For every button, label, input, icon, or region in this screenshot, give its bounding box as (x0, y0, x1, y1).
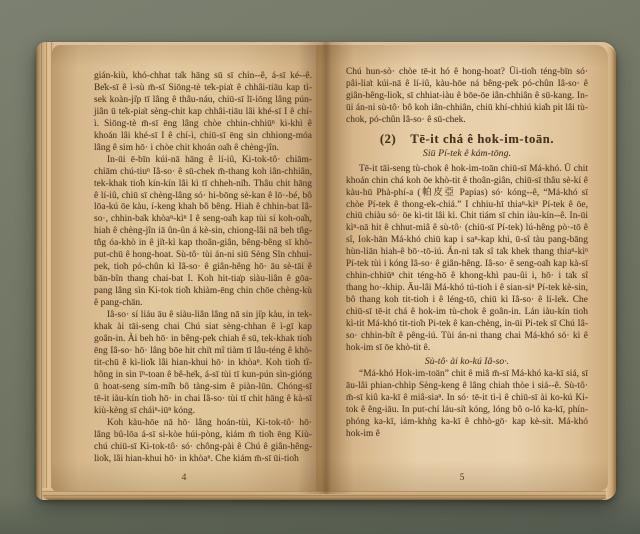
section-number: (2) (380, 132, 397, 146)
right-page-text-column: Chú hun-sò· chòe tē-it hó ê hong-hoat? Ū… (346, 67, 588, 441)
table-surface-shadow (0, 494, 640, 534)
section-heading: (2)Tē-it chá ê hok-im-toān. (346, 134, 588, 146)
paragraph: Koh kàu-hōe nā hō· lâng hoán-tùi, Ki-tok… (94, 418, 312, 466)
section-subheading: Siū Pí-tek ê kám-tōng. (346, 148, 588, 160)
run-in-heading: Sù-tô· ài ko-kú Iâ-so·. (346, 356, 588, 368)
open-book: gián-kiù, khó-chhat ta̍k hāng sū sī chin… (36, 42, 616, 500)
paragraph: Chú hun-sò· chòe tē-it hó ê hong-hoat? Ū… (346, 67, 588, 127)
left-page-text-column: gián-kiù, khó-chhat ta̍k hāng sū sī chin… (94, 71, 312, 465)
right-page-number: 5 (316, 473, 608, 483)
paragraph: Iâ-so· sí liáu āu ê siàu-liân lâng nā si… (94, 310, 312, 418)
book-page-left: gián-kiù, khó-chhat ta̍k hāng sū sī chin… (52, 45, 316, 491)
paragraph: “Má-khó Hok-im-toān” chit ê miâ m̄-sī Má… (346, 369, 588, 441)
section-title: Tē-it chá ê hok-im-toān. (410, 132, 554, 146)
left-page-number: 4 (52, 473, 316, 483)
paragraph: In-ūi ē-bīn kúi-nā hāng ê lí-iû, Ki-tok-… (94, 155, 312, 310)
book-page-right: Chú hun-sò· chòe tē-it hó ê hong-hoat? Ū… (316, 45, 608, 491)
paragraph: gián-kiù, khó-chhat ta̍k hāng sū sī chin… (94, 71, 312, 155)
paragraph: Tē-it tāi-seng tù-chok ê hok-im-toān chi… (346, 164, 588, 355)
